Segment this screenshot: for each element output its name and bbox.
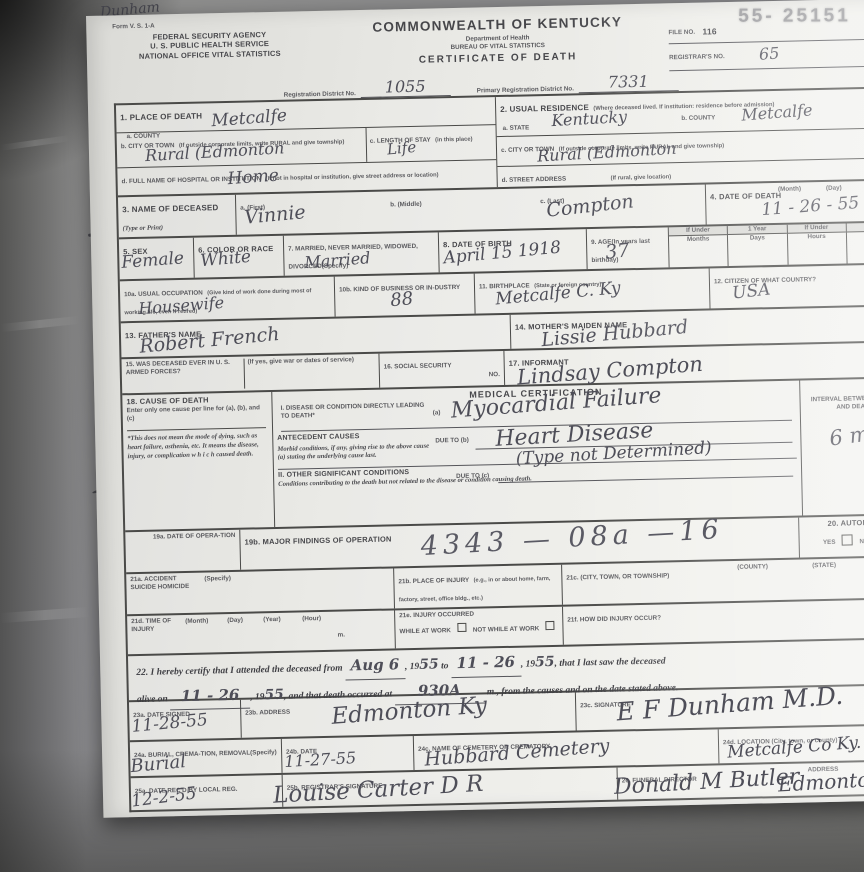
- hospital-note: (If not in hospital or institution, give…: [266, 172, 439, 182]
- burial-cell: 24a. BURIAL, CREMA-TION, REMOVAL(Specify…: [130, 739, 283, 776]
- registrar-no-label: REGISTRAR'S NO.: [669, 53, 725, 62]
- burial-value: Burial: [129, 751, 186, 777]
- injury-day-label: (Day): [227, 617, 243, 625]
- middle-name-label: b. (Middle): [390, 201, 422, 209]
- age-col-subheader: Hours: [787, 232, 845, 241]
- disease-a-label: (a): [433, 409, 441, 417]
- row-cause-of-death: 18. CAUSE OF DEATH Enter only one cause …: [122, 378, 864, 532]
- length-of-stay-note: (in this place): [435, 137, 472, 144]
- autopsy-yes-label: YES: [823, 539, 836, 546]
- form-table: 1. PLACE OF DEATH a. COUNTY Metcalfe b. …: [114, 86, 864, 812]
- accident-note: (Specify): [204, 575, 231, 583]
- place-of-injury-label: 21b. PLACE OF INJURY: [398, 577, 469, 586]
- date-of-operation-cell: 19a. DATE OF OPERA-TION: [125, 530, 241, 572]
- occupation-cell: 10a. USUAL OCCUPATION (Give kind of work…: [120, 277, 336, 322]
- section-place-of-death: 1. PLACE OF DEATH a. COUNTY Metcalfe b. …: [116, 97, 498, 195]
- ssn-cell: 16. SOCIAL SECURITY NO.: [379, 351, 505, 388]
- accident-label: 21a. ACCIDENT SUICIDE HOMICIDE: [130, 575, 200, 592]
- film-streak: [0, 316, 80, 332]
- attended-to-value: 11 - 26: [451, 650, 522, 678]
- ssn-label2: NO.: [384, 371, 500, 381]
- accident-cell: 21a. ACCIDENT SUICIDE HOMICIDE (Specify): [126, 568, 395, 614]
- injury-county-label: (COUNTY): [737, 563, 768, 571]
- armed-forces-note: (If yes, give war or dates of service): [244, 356, 376, 389]
- burial-location-value: Metcalfe Co Ky.: [727, 733, 862, 763]
- date-of-operation-label: 19a. DATE OF OPERA-TION: [129, 532, 235, 542]
- marital-value: Married: [304, 248, 371, 272]
- certificate-paper: Form V. S. 1-A FEDERAL SECURITY AGENCY U…: [86, 0, 864, 818]
- not-while-at-work-label: NOT WHILE AT WORK: [473, 625, 540, 633]
- day-col-label: (Day): [826, 185, 842, 193]
- hospital-value: Home: [227, 166, 280, 190]
- file-no-value: 116: [702, 26, 717, 37]
- injury-year-label: (Year): [263, 616, 281, 624]
- state-file-stamp: 55- 25151: [738, 6, 851, 25]
- form-number: Form V. S. 1-A: [112, 23, 155, 31]
- photo-of-death-certificate: Dunham Form V. S. 1-A FEDERAL SECURITY A…: [0, 0, 864, 872]
- cemetery-cell: 24c. NAME OF CEMETERY OR CREMATORY Hubba…: [414, 729, 720, 770]
- while-at-work-checkbox: [457, 623, 466, 632]
- state-label: a. STATE: [502, 124, 529, 132]
- how-injury-cell: 21f. HOW DID INJURY OCCUR?: [563, 599, 864, 645]
- while-at-work-label: WHILE AT WORK: [399, 627, 451, 635]
- first-name-value: Vinnie: [244, 201, 307, 229]
- length-of-stay-value: Life: [386, 138, 417, 159]
- cert-text: 22. I hereby certify that I attended the…: [136, 664, 342, 678]
- armed-forces-cell: 15. WAS DECEASED EVER IN U. S. ARMED FOR…: [121, 354, 380, 394]
- residence-county-value: Metcalfe: [741, 100, 814, 124]
- burial-date-value: 11-27-55: [284, 748, 357, 771]
- form-header: Form V. S. 1-A FEDERAL SECURITY AGENCY U…: [112, 4, 864, 104]
- age-col-subheader: Months: [669, 235, 727, 244]
- date-signed-cell: 23a. DATE SIGNED 11-28-55: [129, 700, 242, 740]
- ssn-label: 16. SOCIAL SECURITY: [384, 362, 452, 370]
- major-findings-label: 19b. MAJOR FINDINGS OF OPERATION: [244, 534, 391, 546]
- medical-certification-cell: MEDICAL CERTIFICATION I. DISEASE OR COND…: [272, 381, 803, 527]
- age-col-subheader: Min.: [847, 231, 864, 240]
- autopsy-no-label: NO: [859, 538, 864, 545]
- age-col-subheader: Days: [728, 233, 786, 242]
- name-subtitle: (Type or Print): [123, 224, 164, 232]
- address-cell: 23b. ADDRESS Edmonton Ky: [241, 692, 577, 737]
- age-value: 37: [604, 239, 630, 264]
- registrar-signature-cell: 25b. REGISTRAR'S SIGNATURE Louise Carter…: [283, 768, 619, 807]
- interval-cell: INTERVAL BETWEEN ONSET AND DEATH 6 mo: [800, 378, 864, 515]
- father-value: Robert French: [138, 323, 280, 358]
- autopsy-cell: 20. AUTOPSY? YES NO: [799, 515, 864, 557]
- signature-cell: 23c. SIGNATURE (Degree or title) E F Dun…: [576, 685, 864, 730]
- name-title: 3. NAME OF DECEASED: [122, 203, 218, 214]
- race-cell: 6. COLOR OR RACE White: [194, 236, 285, 278]
- time-of-injury-label: 21d. TIME OF INJURY: [131, 618, 177, 634]
- armed-forces-label: 15. WAS DECEASED EVER IN U. S. ARMED FOR…: [126, 359, 245, 392]
- sex-value: Female: [121, 248, 185, 273]
- age-cell: 9. AGE(In years last birthday) 37: [587, 227, 670, 269]
- age-subtable: If Under Months 1 Year Days If Under Hou…: [669, 222, 864, 267]
- year1-value: 55: [419, 656, 439, 672]
- citizen-value: USA: [731, 280, 771, 304]
- age-col-header: 24 Hrs: [846, 222, 864, 232]
- morbid-note: Morbid conditions, if any, giving rise t…: [277, 442, 435, 463]
- year2-value: 55: [535, 654, 555, 670]
- month-col-label: (Month): [778, 185, 801, 193]
- injury-city-label: 21c. (CITY, TOWN, OR TOWNSHIP): [566, 572, 669, 581]
- file-number-block: 55- 25151 FILE NO. 116 REGISTRAR'S NO. 6…: [668, 4, 864, 71]
- file-no-label: FILE NO.: [668, 29, 695, 37]
- title-block: COMMONWEALTH OF KENTUCKY Department of H…: [332, 13, 663, 69]
- autopsy-yes-checkbox: [842, 534, 853, 545]
- industry-value: 88: [389, 288, 414, 311]
- autopsy-label: 20. AUTOPSY?: [803, 517, 864, 529]
- place-of-death-title: 1. PLACE OF DEATH: [120, 111, 202, 122]
- cause-footnote: *This does not mean the mode of dying, s…: [127, 433, 269, 463]
- street-address-note: (If rural, give location): [611, 174, 672, 181]
- state-value: Kentucky: [551, 107, 628, 130]
- injury-meridiem: m.: [337, 631, 345, 639]
- not-while-at-work-checkbox: [546, 621, 555, 630]
- interval-value: 6 mo: [828, 420, 864, 450]
- residence-county-label: b. COUNTY: [681, 114, 715, 122]
- injury-location-cell: 21c. (CITY, TOWN, OR TOWNSHIP) (COUNTY) …: [562, 557, 864, 605]
- attended-from-value: Aug 6: [345, 652, 406, 680]
- marital-cell: 7. MARRIED, NEVER MARRIED, WIDOWED, DIVO…: [284, 232, 440, 275]
- last-name-cell: c. (Last) Compton: [536, 185, 707, 229]
- cert-text: , that I last saw the deceased: [554, 657, 665, 669]
- middle-name-cell: b. (Middle): [386, 188, 537, 231]
- street-address-label: d. STREET ADDRESS: [502, 176, 567, 184]
- cert-text: , 19: [521, 659, 535, 669]
- burial-location-cell: 24d. LOCATION (City, town, or county) (S…: [719, 725, 864, 763]
- row-place-residence: 1. PLACE OF DEATH a. COUNTY Metcalfe b. …: [116, 88, 864, 197]
- name-of-deceased-cell: 3. NAME OF DECEASED (Type or Print): [118, 195, 237, 238]
- address-label: 23b. ADDRESS: [245, 709, 290, 717]
- place-of-injury-cell: 21b. PLACE OF INJURY (e.g., in or about …: [394, 565, 563, 609]
- cert-text: , 19: [405, 662, 419, 672]
- last-name-value: Compton: [545, 190, 634, 221]
- due-to-b-label: DUE TO (b): [435, 437, 469, 445]
- funeral-director-value: Donald M Butler: [613, 764, 800, 799]
- first-name-cell: a. (First) Vinnie: [236, 191, 387, 234]
- registrar-no-value: 65: [758, 43, 780, 63]
- birthplace-cell: 11. BIRTHPLACE (State or foreign country…: [475, 268, 711, 313]
- sex-cell: 5. SEX Female: [119, 238, 195, 280]
- industry-cell: 10b. KIND OF BUSINESS OR IN-DUSTRY 88: [335, 274, 476, 317]
- registrar-signature-value: Louise Carter D R: [272, 771, 484, 809]
- film-streak: [0, 607, 90, 623]
- injury-state-label: (STATE): [812, 562, 836, 570]
- time-of-injury-cell: 21d. TIME OF INJURY (Month) (Day) (Year)…: [127, 610, 396, 654]
- how-injury-label: 21f. HOW DID INJURY OCCUR?: [567, 615, 661, 624]
- county-value: Metcalfe: [211, 106, 288, 132]
- address-value: Edmonton Ky: [330, 692, 487, 729]
- date-of-birth-cell: 8. DATE OF BIRTH April 15 1918: [439, 229, 588, 272]
- film-streak: [0, 135, 70, 151]
- agency-block: FEDERAL SECURITY AGENCY U. S. PUBLIC HEA…: [114, 29, 305, 61]
- cert-text: to: [441, 661, 449, 671]
- race-value: White: [200, 247, 252, 272]
- burial-date-cell: 24b. DATE 11-27-55: [282, 736, 415, 773]
- cause-note: Enter only one cause per line for (a), (…: [127, 405, 268, 423]
- injury-occurred-cell: 21e. INJURY OCCURRED WHILE AT WORK NOT W…: [395, 607, 564, 649]
- citizen-cell: 12. CITIZEN OF WHAT COUNTRY? USA: [710, 264, 864, 308]
- section-usual-residence: 2. USUAL RESIDENCE (Where deceased lived…: [496, 88, 864, 187]
- injury-month-label: (Month): [185, 617, 208, 625]
- funeral-director-cell: 26. FUNERAL DIRECTOR ADDRESS Donald M Bu…: [618, 761, 864, 800]
- injury-occurred-label: 21e. INJURY OCCURRED: [399, 609, 558, 620]
- cause-of-death-side: 18. CAUSE OF DEATH Enter only one cause …: [122, 392, 275, 530]
- date-of-death-cell: 4. DATE OF DEATH (Month) (Day) (Year) 11…: [706, 180, 864, 224]
- primary-reg-value: 7331: [578, 71, 678, 93]
- disease-label: I. DISEASE OR CONDITION DIRECTLY LEADING…: [281, 402, 431, 420]
- cemetery-value: Hubbard Cemetery: [424, 735, 611, 771]
- interval-label: INTERVAL BETWEEN ONSET AND DEATH: [804, 394, 864, 411]
- injury-hour-label: (Hour): [302, 615, 321, 623]
- father-cell: 13. FATHER'S NAME Robert French: [121, 315, 512, 357]
- residence-city-value: Rural (Edmonton: [537, 139, 677, 166]
- reg-district-value: 1055: [360, 76, 450, 98]
- date-received-cell: 25a. DATE REC'D BY LOCAL REG. 12-2-55: [131, 775, 284, 810]
- due-to-c-label: DUE TO (c): [456, 472, 489, 480]
